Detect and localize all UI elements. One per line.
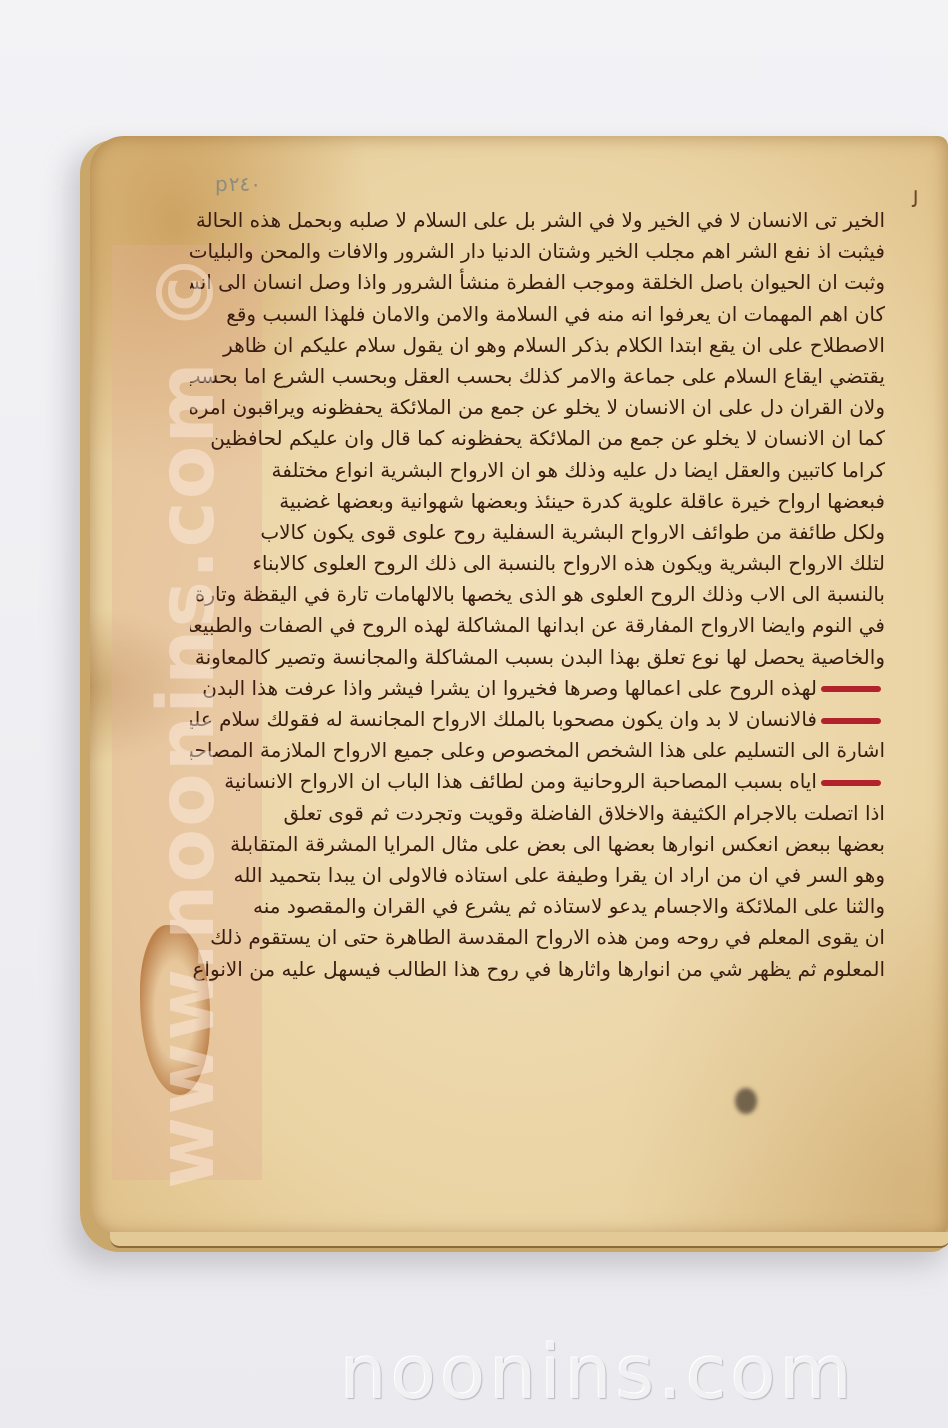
text-line: ولكل طائفة من طوائف الارواح البشرية السف… [190, 517, 885, 548]
text-line-rubricated: اياه بسبب المصاحبة الروحانية ومن لطائف ه… [190, 766, 885, 797]
manuscript-text: الخير تى الانسان لا في الخير ولا في الشر… [190, 205, 885, 985]
watermark-vertical: www.noonins.com © [142, 251, 232, 1189]
folio-number: p٢٤٠ [215, 172, 261, 196]
margin-mark: ﻟ [912, 188, 919, 213]
text-line-rubricated: لهذه الروح على اعمالها وصرها فخيروا ان ي… [190, 673, 885, 704]
text-line: وهو السر في ان من اراد ان يقرا وطيفة على… [190, 860, 885, 891]
text-line: كان اهم المهمات ان يعرفوا انه منه في الس… [190, 299, 885, 330]
ink-blot [735, 1088, 757, 1114]
text-line: يقتضي ايقاع السلام على جماعة والامر كذلك… [190, 361, 885, 392]
text-line: فيثبت اذ نفع الشر اهم مجلب الخير وشتان ا… [190, 236, 885, 267]
text-line: ولان القران دل على ان الانسان لا يخلو عن… [190, 392, 885, 423]
rubric-overline [821, 686, 881, 692]
text-line: كما ان الانسان لا يخلو عن جمع من الملائك… [190, 423, 885, 454]
text-line: اذا اتصلت بالاجرام الكثيفة والاخلاق الفا… [190, 798, 885, 829]
folio-value: ٢٤٠ [229, 172, 261, 196]
rubric-overline [821, 718, 881, 724]
text-line: الخير تى الانسان لا في الخير ولا في الشر… [190, 205, 885, 236]
text-line: والخاصية يحصل لها نوع تعلق بهذا البدن بس… [190, 642, 885, 673]
folio-prefix: p [215, 172, 229, 196]
text-line: بالنسبة الى الاب وذلك الروح العلوى هو ال… [190, 579, 885, 610]
watermark-bottom: noonins.com [340, 1330, 856, 1416]
text-line: كراما كاتبين والعقل ايضا دل عليه وذلك هو… [190, 455, 885, 486]
text-line: وثبت ان الحيوان باصل الخلقة وموجب الفطرة… [190, 267, 885, 298]
text-line: ان يقوى المعلم في روحه ومن هذه الارواح ا… [190, 922, 885, 953]
text-line: بعضها ببعض انعكس انوارها بعضها الى بعض ع… [190, 829, 885, 860]
page-stack-edge [110, 1232, 948, 1248]
text-line: المعلوم ثم يظهر شي من انوارها واثارها في… [190, 954, 885, 985]
text-line: فبعضها ارواح خيرة عاقلة علوية كدرة حينئذ… [190, 486, 885, 517]
text-line: الاصطلاح على ان يقع ابتدا الكلام بذكر ال… [190, 330, 885, 361]
text-line: لتلك الارواح البشرية ويكون هذه الارواح ب… [190, 548, 885, 579]
text-line: في النوم وايضا الارواح المفارقة عن ابدان… [190, 610, 885, 641]
text-line: والثنا على الملائكة والاجسام يدعو لاستاذ… [190, 891, 885, 922]
text-line: اشارة الى التسليم على هذا الشخص المخصوص … [190, 735, 885, 766]
rubric-overline [821, 780, 881, 786]
text-line-rubricated: فالانسان لا بد وان يكون مصحوبا بالملك ال… [190, 704, 885, 735]
